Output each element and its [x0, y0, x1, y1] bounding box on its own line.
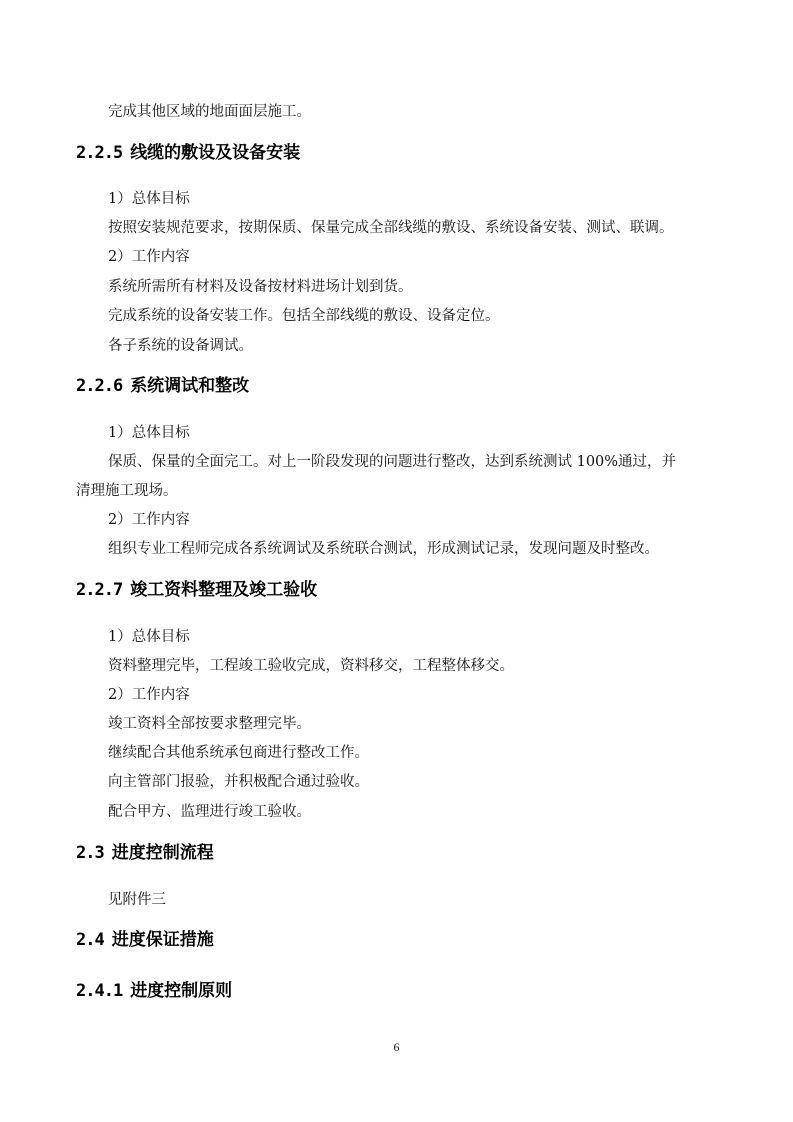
section-number: 2.2.6 [76, 376, 122, 396]
section-number: 2.4.1 [76, 981, 122, 1001]
section-heading-2-4-1: 2.4.1进度控制原则 [76, 980, 232, 1002]
paragraph: 按照安装规范要求，按期保质、保量完成全部线缆的敷设、系统设备安装、测试、联调。 [108, 219, 674, 237]
paragraph: 配合甲方、监理进行竣工验收。 [108, 803, 311, 821]
paragraph: 竣工资料全部按要求整理完毕。 [108, 715, 311, 733]
section-number: 2.3 [76, 843, 104, 863]
section-heading-2-2-7: 2.2.7竣工资料整理及竣工验收 [76, 579, 317, 601]
list-label: 2）工作内容 [108, 511, 190, 529]
paragraph: 系统所需所有材料及设备按材料进场计划到货。 [108, 278, 413, 296]
paragraph-continuation: 清理施工现场。 [76, 482, 178, 500]
section-title: 进度控制原则 [130, 981, 232, 1001]
paragraph: 组织专业工程师完成各系统调试及系统联合测试，形成测试记录，发现问题及时整改。 [108, 540, 659, 558]
section-heading-2-2-6: 2.2.6系统调试和整改 [76, 375, 249, 397]
page-number: 6 [0, 1040, 793, 1055]
paragraph: 完成系统的设备安装工作。包括全部线缆的敷设、设备定位。 [108, 307, 500, 325]
paragraph: 继续配合其他系统承包商进行整改工作。 [108, 744, 369, 762]
list-label: 1）总体目标 [108, 424, 190, 442]
section-heading-2-3: 2.3进度控制流程 [76, 842, 214, 864]
paragraph: 保质、保量的全面完工。对上一阶段发现的问题进行整改，达到系统测试 100%通过，… [108, 453, 676, 471]
document-page: 完成其他区域的地面面层施工。 2.2.5线缆的敷设及设备安装 1）总体目标 按照… [0, 0, 793, 1122]
section-number: 2.2.5 [76, 143, 122, 163]
section-number: 2.2.7 [76, 580, 122, 600]
paragraph: 各子系统的设备调试。 [108, 337, 253, 355]
list-label: 1）总体目标 [108, 628, 190, 646]
section-heading-2-4: 2.4进度保证措施 [76, 929, 214, 951]
section-title: 进度控制流程 [112, 843, 214, 863]
section-title: 进度保证措施 [112, 930, 214, 950]
list-label: 2）工作内容 [108, 248, 190, 266]
section-number: 2.4 [76, 930, 104, 950]
paragraph: 向主管部门报验，并积极配合通过验收。 [108, 773, 369, 791]
paragraph: 见附件三 [108, 891, 166, 909]
paragraph: 资料整理完毕，工程竣工验收完成，资料移交，工程整体移交。 [108, 657, 514, 675]
section-heading-2-2-5: 2.2.5线缆的敷设及设备安装 [76, 142, 300, 164]
section-title: 竣工资料整理及竣工验收 [130, 580, 317, 600]
list-label: 2）工作内容 [108, 686, 190, 704]
paragraph: 完成其他区域的地面面层施工。 [108, 103, 311, 121]
section-title: 线缆的敷设及设备安装 [130, 143, 300, 163]
list-label: 1）总体目标 [108, 190, 190, 208]
section-title: 系统调试和整改 [130, 376, 249, 396]
